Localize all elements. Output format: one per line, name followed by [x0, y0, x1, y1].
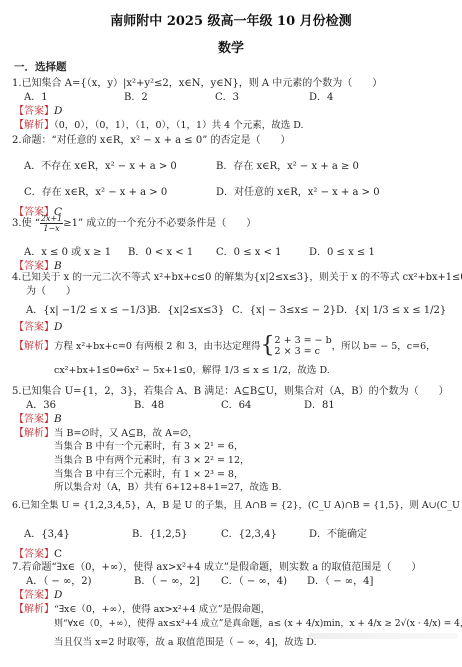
option-d: D．0 ≤ x ≤ 1: [309, 243, 375, 258]
analysis-text: 当集合 B 中有一个元素时，有 3 × 2¹ = 6，: [54, 438, 243, 452]
fraction: 2x+11−x: [40, 214, 63, 233]
option-a: A．{x| −1/2 ≤ x ≤ −1/3}: [26, 301, 152, 316]
analysis-text: （0，0），（0，1），（1，0），（1，1）共 4 个元素，故选 D.: [54, 120, 304, 131]
section-heading: 一．选择题: [14, 59, 67, 74]
option-d: D．对任意的 x∈R，x² − x + a > 0: [216, 183, 380, 198]
option-a: A．36: [26, 396, 56, 411]
question-stem: 6.已知全集 U = {1,2,3,4,5}，A，B 是 U 的子集，且 A∩B…: [12, 497, 462, 511]
analysis-tag: 【解析】: [14, 120, 54, 131]
analysis-line: 【解析】（0，0），（0，1），（1，0），（1，1）共 4 个元素，故选 D.: [14, 116, 304, 131]
page-title: 南师附中 2025 级高一年级 10 月份检测: [0, 10, 462, 29]
option-b: B．存在 x∈R，x² − x + a ≥ 0: [216, 157, 359, 172]
option-a: A．1: [24, 88, 48, 103]
question-stem: 4.已知关于 x 的一元二次不等式 x²+bx+c≤0 的解集为{x|2≤x≤3…: [12, 269, 462, 283]
analysis-text: 当集合 B 中有两个元素时，有 3 × 2² = 12，: [54, 452, 250, 466]
option-b: B．0 < x < 1: [128, 243, 193, 258]
analysis-tag: 【解析】: [14, 341, 54, 352]
equation-2: 2 × 3 = c: [275, 346, 332, 357]
option-b: B．{x|2≤x≤3}: [150, 301, 224, 316]
option-c: C．{x| − 3≤x≤ − 2}: [232, 301, 336, 316]
option-d: D．（ − ∞，4]: [307, 572, 373, 587]
analysis-text: 当集合 B 中有三个元素时，有 1 × 2³ = 8，: [54, 466, 243, 480]
analysis-line: 【解析】“∃x∈（0，+∞），使得 ax>x²+4 成立”是假命题，: [14, 600, 270, 615]
subject-title: 数学: [0, 37, 462, 56]
option-c: C．存在 x∈R，x² − x + a > 0: [24, 183, 167, 198]
fraction-numerator: 2x+1: [40, 214, 63, 224]
option-d: D．不能确定: [309, 525, 367, 540]
option-a: A．x ≤ 0 或 x ≥ 1: [24, 243, 111, 258]
question-stem: 7.若命题“∃x∈（0，+∞），使得 ax>x²+4 成立”是假命题，则实数 a…: [12, 558, 421, 573]
analysis-text: 所以集合对（A，B）共有 6+12+8+1=27，故选 B.: [54, 479, 282, 493]
analysis-text: “∃x∈（0，+∞），使得 ax>x²+4 成立”是假命题，: [54, 604, 270, 615]
option-c: C．{2,3,4}: [221, 525, 277, 540]
scan-artifact: [308, 633, 458, 639]
brace-symbol: {: [261, 333, 275, 358]
question-stem: 2.命题：“对任意的 x∈R，x² − x + a ≤ 0” 的否定是（ ）: [12, 131, 291, 146]
answer-line: 【答案】B: [14, 410, 62, 425]
analysis-text: cx²+bx+1≤0⇔6x² − 5x+1≤0，解得 1/3 ≤ x ≤ 1/2…: [54, 362, 330, 376]
option-a: A．{3,4}: [24, 525, 70, 540]
question-stem: 3.使 “2x+11−x≥1” 成立的一个充分不必要条件是（ ）: [12, 214, 256, 233]
stem-prefix: 3.使 “: [12, 218, 40, 229]
question-stem: 5.已知集合 U={1，2，3}，若集合 A、B 满足：A⊆B⊆U，则集合对（A…: [12, 382, 449, 397]
option-a: A．（ − ∞，2): [26, 572, 92, 587]
equation-system: 2 + 3 = − b2 × 3 = c: [275, 335, 332, 357]
analysis-line: 【解析】当 B=∅时，又 A⊆B，故 A=∅，: [14, 424, 198, 439]
question-stem: 1.已知集合 A={（x，y）|x²+y²≤2，x∈N，y∈N}，则 A 中元素…: [12, 74, 382, 89]
option-b: B．{1,2,5}: [132, 525, 188, 540]
option-c: C．64: [221, 396, 251, 411]
answer-line: 【答案】D: [14, 586, 62, 601]
option-a: A．不存在 x∈R，x² − x + a > 0: [24, 157, 177, 172]
stem-suffix: ≥1” 成立的一个充分不必要条件是（ ）: [63, 218, 256, 229]
analysis-text: 当且仅当 x=2 时取等，故 a 取值范围是（ − ∞，4]，故选 D.: [54, 634, 317, 648]
analysis-text: 方程 x²+bx+c=0 有两根 2 和 3，由韦达定理得: [54, 341, 261, 352]
option-b: B．（ − ∞，2]: [134, 572, 200, 587]
answer-tag: 【答案】: [14, 322, 54, 333]
option-c: C．0 ≤ x < 1: [216, 243, 282, 258]
option-d: D．4: [309, 88, 333, 103]
analysis-text: ，所以 b= − 5，c=6，: [332, 341, 436, 352]
option-b: B．2: [124, 88, 148, 103]
equation-1: 2 + 3 = − b: [275, 335, 332, 346]
analysis-tag: 【解析】: [14, 604, 54, 615]
option-c: C．3: [215, 88, 239, 103]
question-stem-cont: 为（ ）: [26, 282, 76, 297]
answer-value: D: [54, 321, 62, 333]
option-d: D．81: [304, 396, 335, 411]
option-c: C．（ − ∞，4): [221, 572, 287, 587]
option-d: D．{x| 1/3 ≤ x ≤ 1/2}: [336, 301, 446, 316]
analysis-line: 【解析】方程 x²+bx+c=0 有两根 2 和 3，由韦达定理得{2 + 3 …: [14, 335, 436, 357]
fraction-denominator: 1−x: [40, 224, 63, 233]
answer-line: 【答案】D: [14, 318, 62, 333]
answer-line: 【答案】D: [14, 102, 62, 117]
analysis-text: 则“∀x∈（0，+∞），使得 ax≤x²+4 成立”是真命题，a≤ (x + 4…: [54, 616, 462, 629]
analysis-tag: 【解析】: [14, 428, 54, 439]
option-b: B．48: [134, 396, 164, 411]
